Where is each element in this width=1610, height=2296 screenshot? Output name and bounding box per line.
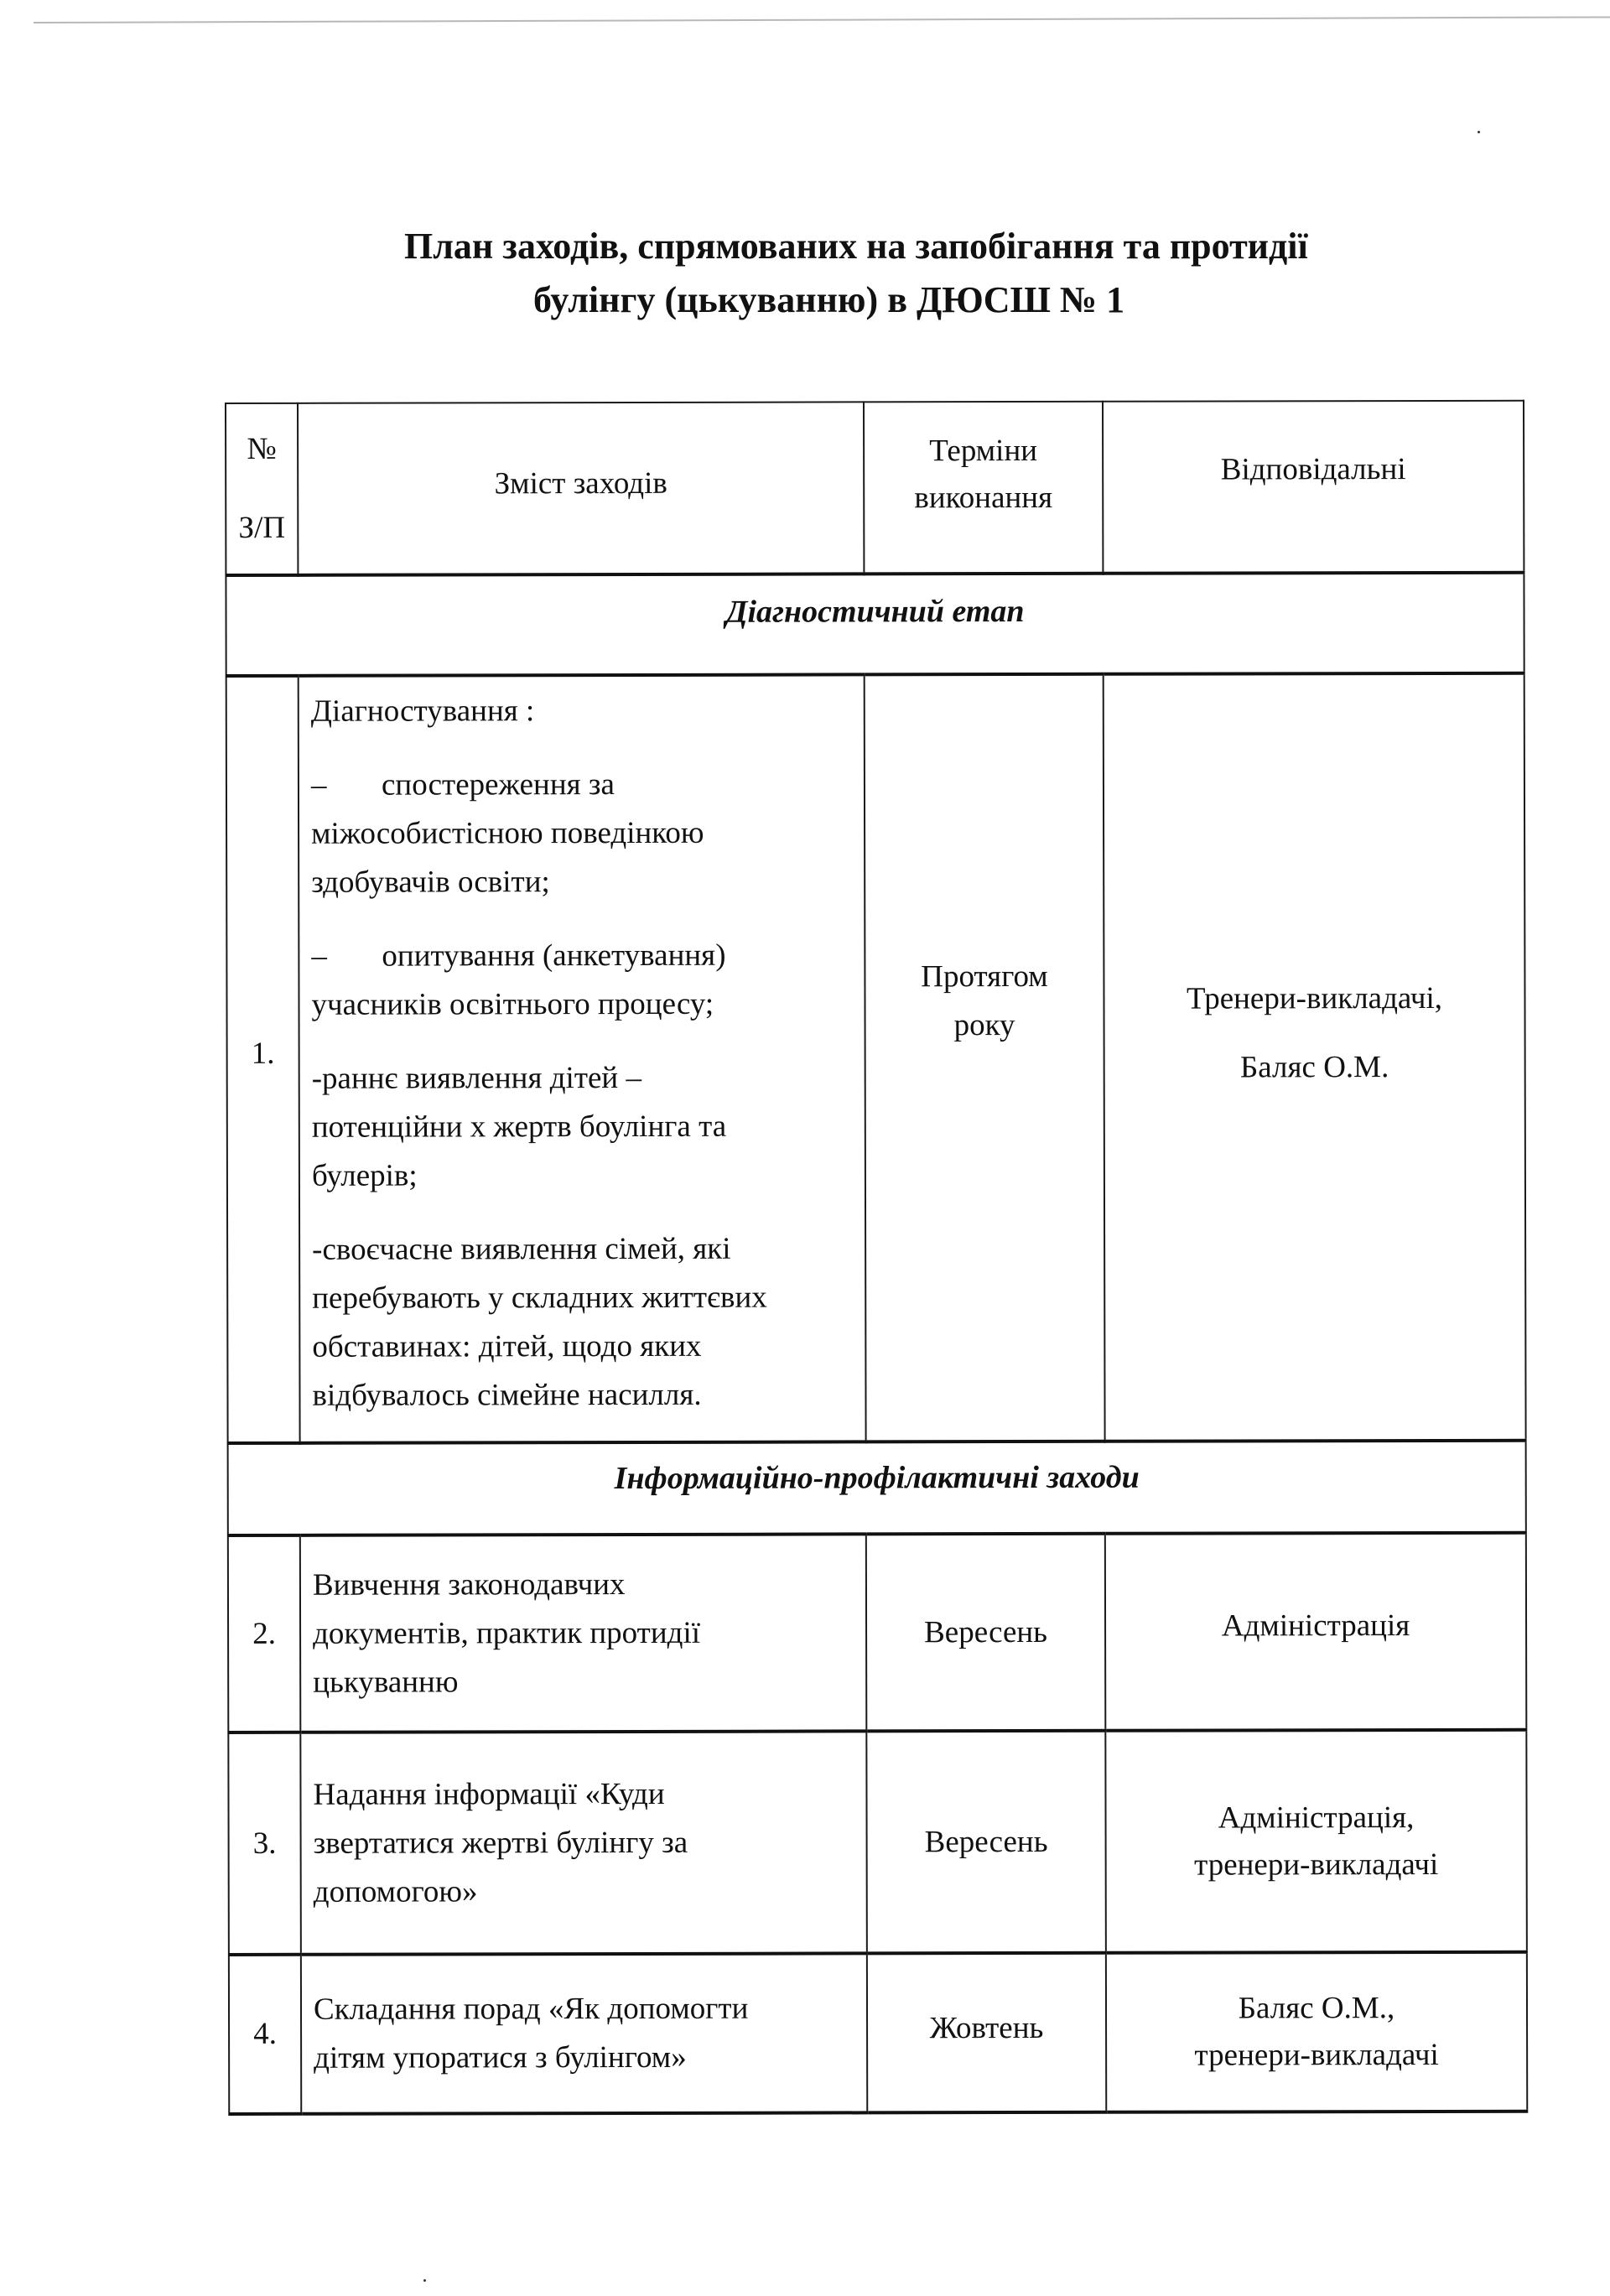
table-row: 4. Складання порад «Як допомогти дітям у… [229,1952,1527,2114]
content-text: обставинах: дітей, щодо яких [312,1322,856,1371]
header-term-line-2: виконання [865,475,1102,522]
title-line-1: План заходів, спрямованих на запобігання… [0,220,1610,273]
content-text: дітям упоратися з булінгом» [314,2033,858,2082]
section-row-info-prevention: Інформаційно-профілактичні заходи [228,1441,1526,1535]
content-text: Діагностування : [311,693,535,729]
header-term-line-1: Терміни [865,428,1102,475]
row-responsible: Тренери-викладачі, Баляс О.М. [1104,673,1526,1441]
content-text: булерів; [312,1151,856,1200]
responsible-text: тренери-викладачі [1107,2032,1526,2080]
responsible-text: Адміністрація, [1106,1794,1525,1841]
content-paragraph: –опитування (анкетування) учасників осві… [311,931,855,1029]
content-text: звертатися жертві булінгу за [314,1818,858,1867]
content-text: спостереження за [382,767,615,803]
responsible-text: Баляс О.М., [1107,1985,1526,2033]
header-number: № З/П [226,403,298,575]
content-paragraph: –спостереження за міжособистісною поведі… [311,760,855,906]
measures-plan-table: № З/П Зміст заходів Терміни виконання Ві… [225,400,1528,2116]
content-text: потенційни х жертв боулінга та [312,1102,856,1151]
content-text: -своєчасне виявлення сімей, які [312,1224,856,1274]
table-row: 3. Надання інформації «Куди звертатися ж… [228,1730,1527,1955]
term-text: року [865,1001,1103,1051]
header-term: Терміни виконання [864,402,1103,574]
responsible-text: Баляс О.М. [1105,1042,1524,1093]
content-text: відбувалось сімейне насилля. [312,1370,856,1420]
row-number: 3. [228,1732,301,1955]
content-text: перебувають у складних життєвих [312,1273,856,1322]
content-paragraph: -раннє виявлення дітей – потенційни х же… [312,1053,856,1200]
responsible-text: Адміністрація [1106,1601,1525,1650]
header-number-abbr: З/П [226,507,297,549]
term-text: Протягом [865,953,1103,1002]
responsible-text: тренери-викладачі [1107,1841,1526,1888]
row-responsible: Адміністрація [1105,1533,1526,1731]
content-text: цькуванню [313,1657,857,1706]
table-row: 2. Вивчення законодавчих документів, пра… [228,1533,1526,1732]
row-number: 1. [226,676,300,1443]
header-responsible: Відповідальні [1103,401,1524,574]
content-text: учасників освітнього процесу; [311,979,855,1029]
row-term: Протягом року [865,674,1105,1442]
content-text: допомогою» [314,1867,858,1916]
content-text: Складання порад «Як допомогти [314,1984,858,2034]
row-number: 4. [229,1955,301,2114]
row-term: Жовтень [867,1953,1106,2113]
section-title: Інформаційно-профілактичні заходи [228,1441,1526,1535]
document-title: План заходів, спрямованих на запобігання… [0,220,1610,327]
row-term: Вересень [866,1731,1106,1954]
row-content: Діагностування : –спостереження за міжос… [299,674,866,1442]
row-content: Вивчення законодавчих документів, практи… [300,1534,866,1732]
row-content: Складання порад «Як допомогти дітям упор… [301,1953,867,2113]
title-line-2: булінгу (цькуванню) в ДЮСШ № 1 [0,273,1610,327]
responsible-text: Тренери-викладачі, [1104,974,1524,1025]
row-content: Надання інформації «Куди звертатися жерт… [300,1731,867,1954]
section-title: Діагностичний етап [226,573,1524,676]
content-text: документів, практик протидії [313,1608,857,1658]
content-text: здобувачів освіти; [311,857,855,906]
table-header-row: № З/П Зміст заходів Терміни виконання Ві… [226,401,1524,575]
scan-speck [423,2279,426,2282]
dash-bullet-icon: – [311,932,382,981]
content-text: міжособистісною поведінкою [311,808,855,858]
content-text: -раннє виявлення дітей – [312,1053,856,1103]
row-term: Вересень [866,1534,1105,1732]
dash-bullet-icon: – [311,761,382,810]
scan-speck [1478,131,1480,133]
content-paragraph: -своєчасне виявлення сімей, які перебува… [312,1224,856,1420]
scan-edge-line [34,16,1610,23]
content-text: Вивчення законодавчих [313,1560,857,1609]
header-content: Зміст заходів [298,402,864,574]
row-responsible: Адміністрація, тренери-викладачі [1105,1730,1527,1953]
content-text: опитування (анкетування) [382,938,725,974]
header-number-sign: № [226,429,297,470]
content-text: Надання інформації «Куди [313,1769,857,1819]
content-paragraph: Діагностування : [311,686,855,735]
row-number: 2. [228,1535,300,1732]
row-responsible: Баляс О.М., тренери-викладачі [1106,1952,1527,2112]
section-row-diagnostic: Діагностичний етап [226,573,1524,676]
table-row: 1. Діагностування : –спостереження за мі… [226,673,1526,1443]
